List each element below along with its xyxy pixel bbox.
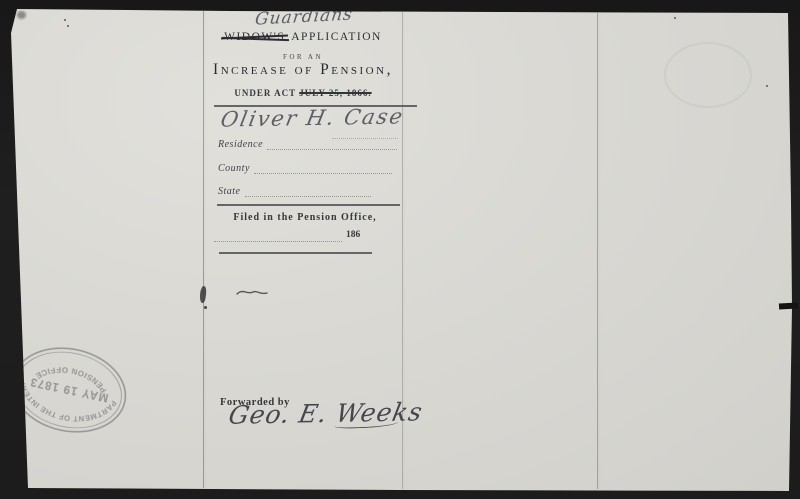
fold-line-right	[597, 13, 598, 489]
right-edge-mark	[779, 303, 798, 310]
struck-act-date: JULY 25, 1866.	[299, 88, 371, 98]
state-label: State	[218, 186, 241, 197]
filed-year-prefix: 186	[346, 230, 360, 240]
fold-line-left	[203, 11, 204, 488]
rule-below-filed-section	[219, 252, 372, 254]
struck-widows-word: WIDOW'S	[224, 31, 285, 43]
paper-speck	[64, 19, 66, 21]
residence-label: Residence	[218, 139, 263, 150]
county-blank-line	[254, 161, 392, 174]
stamp-oval-graphic: DEPARTMENT OF THE INTERIOR PENSION OFFIC…	[0, 327, 141, 453]
application-word: APPLICATION	[291, 31, 382, 43]
paper-speck	[766, 85, 768, 87]
document-paper: Guardians WIDOW'SAPPLICATION FOR AN Incr…	[0, 0, 800, 499]
under-act-prefix: UNDER ACT	[234, 88, 299, 98]
filed-date-blank-line	[214, 229, 342, 242]
for-an-subtitle: FOR AN	[203, 53, 403, 61]
paper-smudge	[17, 11, 26, 19]
form-title: WIDOW'SAPPLICATION	[203, 31, 403, 43]
handwritten-guardians: Guardians	[213, 2, 395, 32]
signature-flourish	[334, 419, 398, 429]
field-row-state: State	[218, 184, 371, 197]
under-act-line: UNDER ACT JULY 25, 1866.	[203, 88, 403, 98]
field-row-residence: Residence	[218, 137, 397, 150]
field-row-county: County	[218, 161, 392, 174]
ink-dot	[204, 306, 207, 309]
filed-caption: Filed in the Pension Office,	[208, 212, 402, 223]
residence-blank-line	[267, 137, 397, 150]
state-blank-line	[245, 184, 371, 197]
county-label: County	[218, 163, 250, 174]
rule-above-filed-section	[217, 204, 400, 206]
pension-office-date-stamp: DEPARTMENT OF THE INTERIOR PENSION OFFIC…	[0, 327, 141, 453]
paper-speck	[67, 25, 69, 27]
ink-blot-on-fold	[199, 286, 207, 304]
increase-of-pension-title: Increase of Pension,	[203, 61, 403, 79]
stamp-bleed-through	[664, 42, 752, 108]
scanned-document-viewport: Guardians WIDOW'SAPPLICATION FOR AN Incr…	[0, 0, 800, 499]
stray-pen-squiggle	[236, 286, 270, 305]
handwritten-forwarder-signature: Geo. E. Weeks	[226, 397, 425, 429]
paper-speck	[674, 17, 676, 19]
